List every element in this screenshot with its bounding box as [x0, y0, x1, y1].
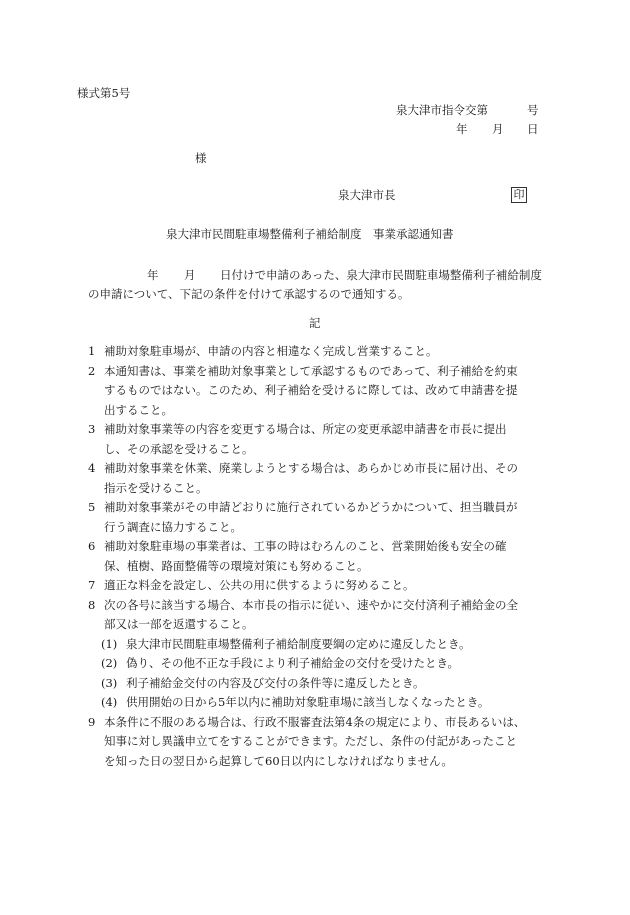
condition-item: 4補助対象事業を休業、廃業しようとする場合は、あらかじめ市長に届け出、その指示を…: [88, 459, 528, 498]
reference-number-suffix: 号: [527, 103, 539, 117]
condition-text: 次の各号に該当する場合、本市長の指示に従い、速やかに交付済利子補給金の全部又は一…: [104, 598, 518, 632]
seal-stamp-icon: 印: [511, 187, 527, 203]
condition-subitem: (1)泉大津市民間駐車場整備利子補給制度要綱の定めに違反したとき。: [88, 635, 528, 655]
issuer: 泉大津市長: [338, 188, 396, 202]
condition-text: 適正な料金を設定し、公共の用に供するように努めること。: [104, 578, 415, 592]
condition-text: 本通知書は、事業を補助対象事業として承認するものであって、利子補給を約束するもの…: [104, 364, 518, 417]
date-year: 年: [456, 122, 468, 136]
ki-heading: 記: [309, 316, 321, 330]
subitem-text: 泉大津市民間駐車場整備利子補給制度要綱の定めに違反したとき。: [126, 637, 471, 651]
intro-year: 年: [147, 268, 159, 282]
condition-subitem: (4)供用開始の日から5年以内に補助対象駐車場に該当しなくなったとき。: [88, 693, 528, 713]
condition-item: 1補助対象駐車場が、申請の内容と相違なく完成し営業すること。: [88, 342, 528, 362]
intro-text-line1: 日付けで申請のあった、泉大津市民間駐車場整備利子補給制度: [220, 268, 542, 282]
condition-text: 本条件に不服のある場合は、行政不服審査法第4条の規定により、市長あるいは、知事に…: [104, 715, 525, 768]
condition-item: 8次の各号に該当する場合、本市長の指示に従い、速やかに交付済利子補給金の全部又は…: [88, 596, 528, 635]
subitem-text: 偽り、その他不正な手段により利子補給金の交付を受けたとき。: [126, 656, 459, 670]
condition-item: 6補助対象駐車場の事業者は、工事の時はむろんのこと、営業開始後も安全の確保、植樹…: [88, 537, 528, 576]
form-number: 様式第5号: [77, 86, 130, 100]
intro-month: 月: [184, 268, 196, 282]
addressee-suffix: 様: [195, 151, 207, 165]
condition-text: 補助対象事業を休業、廃業しようとする場合は、あらかじめ市長に届け出、その指示を受…: [104, 461, 518, 495]
condition-subitem: (2)偽り、その他不正な手段により利子補給金の交付を受けたとき。: [88, 654, 528, 674]
document-title: 泉大津市民間駐車場整備利子補給制度 事業承認通知書: [166, 227, 454, 241]
reference-number-prefix: 泉大津市指令交第: [396, 103, 488, 117]
condition-item: 9本条件に不服のある場合は、行政不服審査法第4条の規定により、市長あるいは、知事…: [88, 713, 528, 772]
condition-text: 補助対象事業がその申請どおりに施行されているかどうかについて、担当職員が行う調査…: [104, 500, 518, 534]
condition-number: 5: [88, 498, 95, 518]
subitem-text: 供用開始の日から5年以内に補助対象駐車場に該当しなくなったとき。: [126, 695, 489, 709]
condition-number: 4: [88, 459, 95, 479]
condition-number: 8: [88, 596, 95, 616]
condition-item: 3補助対象事業等の内容を変更する場合は、所定の変更承認申請書を市長に提出し、その…: [88, 420, 528, 459]
subitem-text: 利子補給金交付の内容及び交付の条件等に違反したとき。: [126, 676, 425, 690]
condition-text: 補助対象駐車場の事業者は、工事の時はむろんのこと、営業開始後も安全の確保、植樹、…: [104, 539, 507, 573]
condition-number: 3: [88, 420, 95, 440]
condition-item: 2本通知書は、事業を補助対象事業として承認するものであって、利子補給を約束するも…: [88, 362, 528, 421]
conditions-list: 1補助対象駐車場が、申請の内容と相違なく完成し営業すること。 2本通知書は、事業…: [88, 342, 528, 771]
condition-item: 7適正な料金を設定し、公共の用に供するように努めること。: [88, 576, 528, 596]
condition-number: 6: [88, 537, 95, 557]
subitem-number: (4): [101, 693, 117, 713]
subitem-number: (2): [101, 654, 117, 674]
date-month: 月: [492, 122, 504, 136]
subitem-number: (3): [101, 674, 117, 694]
intro-text-line2: の申請について、下記の条件を付けて承認するので通知する。: [88, 287, 410, 301]
condition-text: 補助対象駐車場が、申請の内容と相違なく完成し営業すること。: [104, 344, 438, 358]
condition-number: 2: [88, 362, 95, 382]
condition-number: 9: [88, 713, 95, 733]
date-day: 日: [527, 122, 539, 136]
condition-text: 補助対象事業等の内容を変更する場合は、所定の変更承認申請書を市長に提出し、その承…: [104, 422, 507, 456]
condition-item: 5補助対象事業がその申請どおりに施行されているかどうかについて、担当職員が行う調…: [88, 498, 528, 537]
subitem-number: (1): [101, 635, 117, 655]
condition-number: 7: [88, 576, 95, 596]
condition-subitem: (3)利子補給金交付の内容及び交付の条件等に違反したとき。: [88, 674, 528, 694]
condition-number: 1: [88, 342, 95, 362]
